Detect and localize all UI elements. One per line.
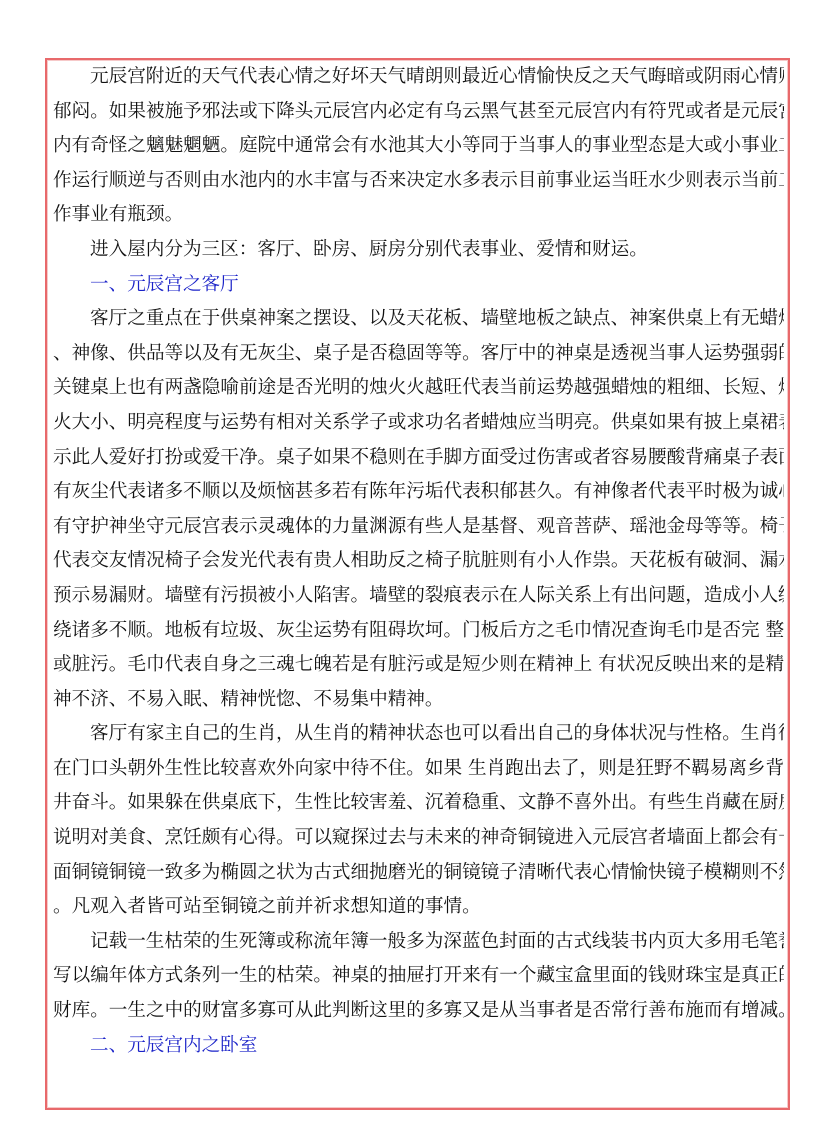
paragraph-line: 写以编年体方式条列一生的枯荣。神桌的抽屉打开来有一个藏宝盒里面的钱财珠宝是真正的 [53,959,784,994]
paragraph-line: 示此人爱好打扮或爱干净。桌子如果不稳则在手脚方面受过伤害或者容易腰酸背痛桌子表面 [53,441,784,476]
paragraph-line: 有灰尘代表诸多不顺以及烦恼甚多若有陈年污垢代表积郁甚久。有神像者代表平时极为诚心 [53,475,784,510]
paragraph-line: 有守护神坐守元辰宫表示灵魂体的力量渊源有些人是基督、观音菩萨、瑶池金母等等。椅子 [53,510,784,545]
section-heading-bedroom: 二、元辰宫内之卧室 [53,1029,784,1064]
paragraph-line: 火大小、明亮程度与运势有相对关系学子或求功名者蜡烛应当明亮。供桌如果有披上桌裙表 [53,406,784,441]
paragraph-line: 说明对美食、烹饪颇有心得。可以窥探过去与未来的神奇铜镜进入元辰宫者墙面上都会有一 [53,821,784,856]
paragraph-line: 代表交友情况椅子会发光代表有贵人相助反之椅子肮脏则有小人作祟。天花板有破洞、漏水 [53,544,784,579]
paragraph-line: 。凡观入者皆可站至铜镜之前并祈求想知道的事情。 [53,890,784,925]
paragraph-line: 进入屋内分为三区：客厅、卧房、厨房分别代表事业、爱情和财运。 [53,233,784,268]
section-heading-living-room: 一、元辰宫之客厅 [53,268,784,303]
paragraph-line: 记载一生枯荣的生死簿或称流年簿一般多为深蓝色封面的古式线装书内页大多用毛笔誊 [53,925,784,960]
paragraph-line: 井奋斗。如果躲在供桌底下，生性比较害羞、沉着稳重、文静不喜外出。有些生肖藏在厨房 [53,786,784,821]
paragraph-line: 预示易漏财。墙壁有污损被小人陷害。墙壁的裂痕表示在人际关系上有出问题，造成小人缠 [53,579,784,614]
paragraph-line: 神不济、不易入眠、精神恍惚、不易集中精神。 [53,683,784,718]
paragraph-line: 元辰宫附近的天气代表心情之好坏天气晴朗则最近心情愉快反之天气晦暗或阴雨心情则 [53,60,784,95]
paragraph-line: 客厅之重点在于供桌神案之摆设、以及天花板、墙壁地板之缺点、神案供桌上有无蜡烛 [53,302,784,337]
document-body: 元辰宫附近的天气代表心情之好坏天气晴朗则最近心情愉快反之天气晦暗或阴雨心情则 郁… [53,60,784,1063]
paragraph-line: 郁闷。如果被施予邪法或下降头元辰宫内必定有乌云黑气甚至元辰宫内有符咒或者是元辰宫 [53,95,784,130]
paragraph-line: 面铜镜铜镜一致多为椭圆之状为古式细抛磨光的铜镜镜子清晰代表心情愉快镜子模糊则不然 [53,856,784,891]
paragraph-line: 内有奇怪之魑魅魍魉。庭院中通常会有水池其大小等同于当事人的事业型态是大或小事业工 [53,129,784,164]
paragraph-line: 或脏污。毛巾代表自身之三魂七魄若是有脏污或是短少则在精神上 有状况反映出来的是精 [53,648,784,683]
paragraph-line: 作事业有瓶颈。 [53,198,784,233]
paragraph-line: 绕诸多不顺。地板有垃圾、灰尘运势有阻碍坎坷。门板后方之毛巾情况查询毛巾是否完 整 [53,614,784,649]
paragraph-line: 财库。一生之中的财富多寡可从此判断这里的多寡又是从当事者是否常行善布施而有增减。 [53,994,784,1029]
paragraph-line: 关键桌上也有两盏隐喻前途是否光明的烛火火越旺代表当前运势越强蜡烛的粗细、长短、焰 [53,371,784,406]
paragraph-line: 在门口头朝外生性比较喜欢外向家中待不住。如果 生肖跑出去了，则是狂野不羁易离乡背 [53,752,784,787]
paragraph-line: 、神像、供品等以及有无灰尘、桌子是否稳固等等。客厅中的神桌是透视当事人运势强弱的 [53,337,784,372]
paragraph-line: 客厅有家主自己的生肖，从生肖的精神状态也可以看出自己的身体状况与性格。生肖待 [53,717,784,752]
paragraph-line: 作运行顺逆与否则由水池内的水丰富与否来决定水多表示目前事业运当旺水少则表示当前工 [53,164,784,199]
